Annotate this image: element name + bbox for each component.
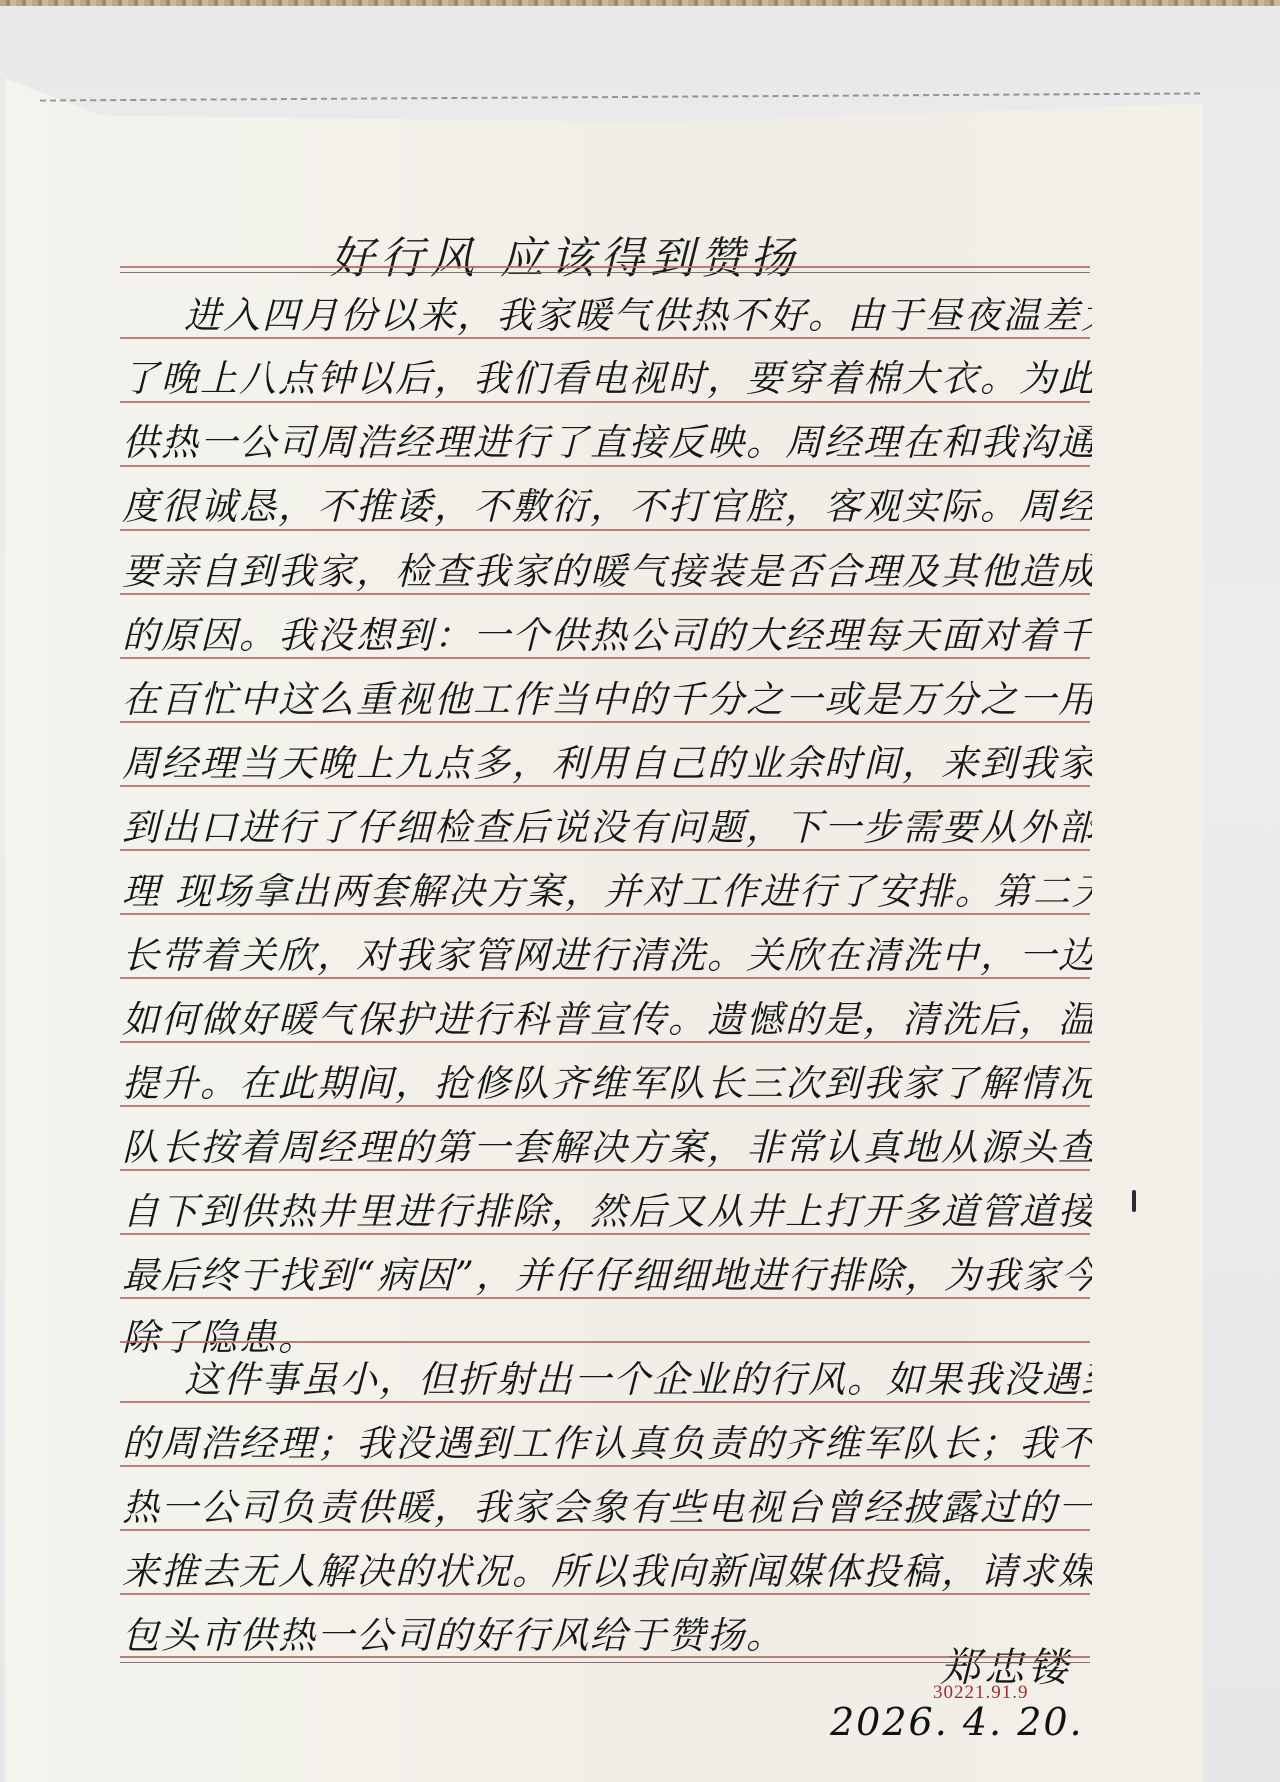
- ruled-line: [120, 337, 1090, 339]
- ruled-line: [120, 1105, 1090, 1107]
- ruled-line: [120, 1593, 1090, 1595]
- letter-title: 好行风 应该得到赞扬: [330, 222, 800, 286]
- letter-line: 度很诚恳，不推诿，不敷衍，不打官腔，客观实际。周经理说，他: [122, 485, 1092, 529]
- ruled-line: [120, 593, 1090, 595]
- ruled-line: [120, 785, 1090, 787]
- letter-line: 这件事虽小，但折射出一个企业的行风。如果我没遇到为民办实事: [122, 1358, 1092, 1402]
- ruled-line: [120, 913, 1090, 915]
- letter-line: 在百忙中这么重视他工作当中的千分之一或是万分之一用户的供暖问题: [122, 678, 1092, 722]
- ruled-line: [120, 1529, 1090, 1531]
- letter-line: 供热一公司周浩经理进行了直接反映。周经理在和我沟通中，态: [122, 421, 1092, 465]
- ruled-line: [120, 529, 1090, 531]
- ruled-line: [120, 1465, 1090, 1467]
- ruled-line: [120, 401, 1090, 403]
- letter-line: 的原因。我没想到：一个供热公司的大经理每天面对着千家万户，竟然: [122, 614, 1092, 658]
- letter-line: 如何做好暖气保护进行科普宣传。遗憾的是，清洗后，温度依然没有: [122, 998, 1092, 1042]
- ruled-line: [120, 1341, 1090, 1343]
- letter-line: 理 现场拿出两套解决方案，并对工作进行了安排。第二天供热站邓建宇站: [122, 870, 1092, 914]
- ruled-line: [120, 721, 1090, 723]
- letter-line: 提升。在此期间，抢修队齐维军队长三次到我家了解情况，解决问题。齐: [122, 1062, 1092, 1106]
- letter-line: 除了隐患。: [122, 1316, 1092, 1360]
- letter-line: 长带着关欣，对我家管网进行清洗。关欣在清洗中，一边工作一边告诉我们: [122, 934, 1092, 978]
- ruled-line: [120, 1297, 1090, 1299]
- letter-line: 热一公司负责供暖，我家会象有些电视台曾经披露过的一些难题被推: [122, 1486, 1092, 1530]
- margin-ink-mark: [1132, 1190, 1136, 1212]
- letter-line: 周经理当天晚上九点多，利用自己的业余时间，来到我家，对我家暖气从入口: [122, 742, 1092, 786]
- letter-line: 了晚上八点钟以后，我们看电视时，要穿着棉大衣。为此，我向包头市: [122, 357, 1092, 401]
- closing-rule: [120, 1656, 1090, 1658]
- scan-top-edge: [0, 0, 1280, 6]
- title-rule: [120, 266, 1090, 268]
- torn-perforation-edge: [40, 92, 1200, 105]
- letter-line: 进入四月份以来，我家暖气供热不好。由于昼夜温差大，到: [122, 294, 1092, 338]
- letter-line: 的周浩经理；我没遇到工作认真负责的齐维军队长；我不是由包头市供: [122, 1422, 1092, 1466]
- letter-date: 2026. 4. 20.: [830, 1700, 1084, 1744]
- ruled-line: [120, 977, 1090, 979]
- ruled-line: [120, 465, 1090, 467]
- letter-line: 最后终于找到“病因”，并仔仔细细地进行排除，为我家今后的供热，清: [122, 1254, 1092, 1298]
- letter-line: 自下到供热井里进行排除，然后又从井上打开多道管道接口，逐一排查: [122, 1190, 1092, 1234]
- letter-line: 要亲自到我家，检查我家的暖气接装是否合理及其他造成暖气不热: [122, 550, 1092, 594]
- letter-line: 队长按着周经理的第一套解决方案，非常认真地从源头查找原因，他亲: [122, 1126, 1092, 1170]
- letter-line: 到出口进行了仔细检查后说没有问题，下一步需要从外部再找原因。周经: [122, 806, 1092, 850]
- ruled-line: [120, 1233, 1090, 1235]
- ruled-line: [120, 1169, 1090, 1171]
- ruled-line: [120, 657, 1090, 659]
- ruled-line: [120, 1401, 1090, 1403]
- ruled-line: [120, 1041, 1090, 1043]
- ruled-line: [120, 849, 1090, 851]
- letter-line: 来推去无人解决的状况。所以我向新闻媒体投稿，请求媒体给予表扬: [122, 1550, 1092, 1594]
